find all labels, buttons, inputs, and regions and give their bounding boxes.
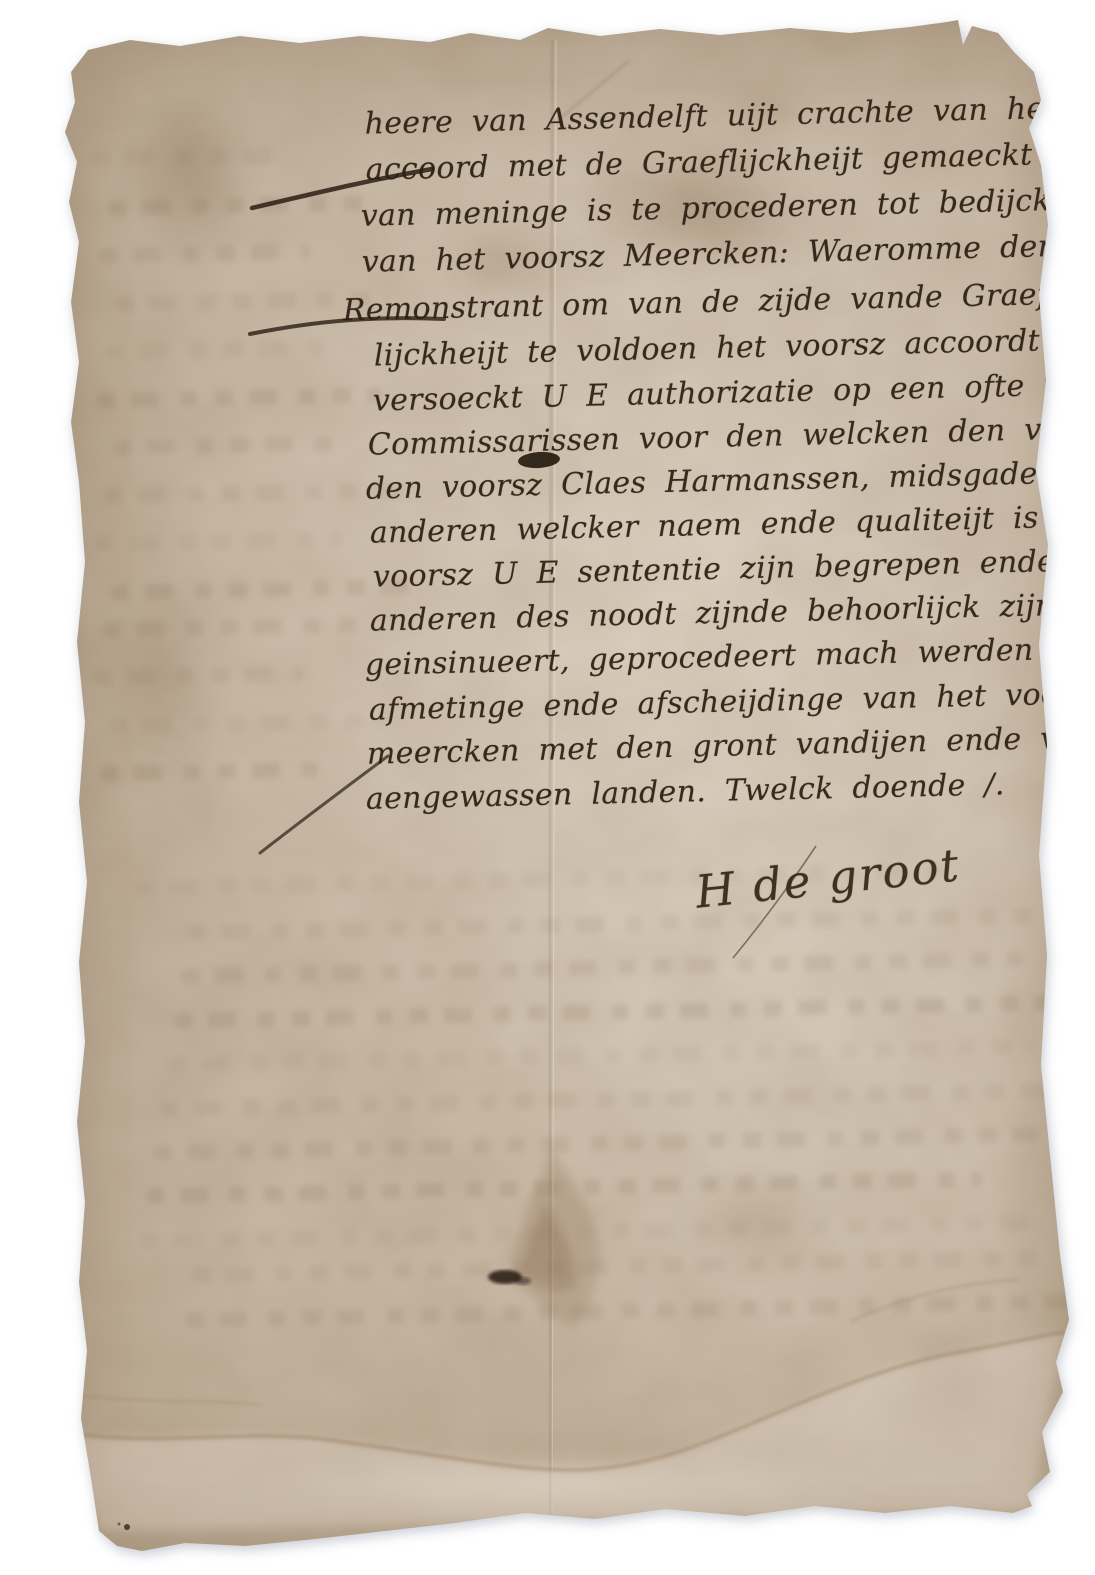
ghost-text-row [146,1171,983,1204]
ghost-text-row [167,1039,1031,1072]
stain [92,55,282,285]
photograph-background: heere van Assendelft uijt crachte van he… [0,0,1095,1575]
manuscript-line: afmetinge ende afscheijdinge van het voo… [369,675,1095,730]
ghost-text-row [99,244,311,263]
manuscript-line: versoeckt U E authorizatie op een ofte m… [373,366,1095,421]
stain [640,1150,860,1290]
ink-speck [124,1524,130,1530]
stain [80,540,240,800]
ghost-text-row [108,195,369,215]
stain [690,55,840,150]
ghost-text-row [97,387,382,408]
pen-flourish [252,169,432,208]
stain [540,110,840,280]
ghost-text-row [153,1127,1039,1161]
manuscript-line: geinsinueert, geprocedeert mach werden t… [365,630,1095,685]
ink-marks [0,0,1095,1575]
pen-flourish [250,318,444,334]
ghost-text-row [95,531,343,551]
fold-crease [549,40,553,1548]
manuscript-line: Commissarissen voor den welcken den voor… [368,410,1095,465]
paper-texture [0,0,1095,1575]
tide-line [62,1332,1064,1470]
manuscript-line: anderen des noodt zijnde behoorlijck zij… [370,586,1093,640]
ghost-text-row [181,951,1023,984]
ghost-text-row [93,666,304,685]
ghost-text-row [100,762,323,782]
manuscript-line: heere van Assendelft uijt crachte van he… [364,90,1057,144]
diagonal-crease [556,60,630,122]
ghost-text-row [185,1293,1095,1327]
manuscript-line: den voorsz Claes Harmanssen, midsgaders … [366,453,1095,509]
manuscript-text-block: heere van Assendelft uijt crachte van he… [350,80,1067,836]
ghost-text-row [188,907,1079,941]
ghost-text-row [135,863,955,895]
ghost-text-row [109,713,381,734]
stain [90,1440,1010,1535]
manuscript-line: aengewassen landen. Twelck doende /. [366,766,1006,818]
ghost-text-row [115,291,388,312]
manuscript-line: Remonstrant om van de zijde vande Graef- [342,276,1058,330]
manuscript-line: meercken met den gront vandijen ende van… [367,718,1095,774]
manuscript-line: van het voorsz Meercken: Waeromme den [361,228,1057,282]
manuscript-line: accoord met de Graeflijckheijt gemaeckt [365,137,1033,190]
ink-blot [488,1270,522,1284]
water-stain [62,1332,1064,1532]
ghost-text-row [113,436,349,456]
manuscript-line: van meninge is te procederen tot bedijck… [360,181,1095,236]
ghost-text-row [160,1082,1095,1117]
manuscript-paper: heere van Assendelft uijt crachte van he… [0,0,1095,1575]
ghost-text-row [104,483,401,504]
signature: H de groot [693,838,963,919]
ghost-text-row [92,148,292,167]
ghost-text-row [106,340,330,360]
stain [420,205,600,315]
ghost-text-row [192,1250,1051,1283]
ink-smear [517,451,560,470]
manuscript-line: lijckheijt te voldoen het voorsz accoord… [373,322,1040,375]
pen-flourish [260,756,388,853]
stain [508,1148,601,1330]
ghost-text-row [174,994,1087,1028]
paper-shadow: heere van Assendelft uijt crachte van he… [0,0,1095,1575]
manuscript-line: anderen welcker naem ende qualiteijt is … [370,498,1095,552]
manuscript-line: voorsz U E sententie zijn begrepen ende … [373,541,1095,596]
ghost-text-row [111,579,420,600]
stain [600,165,860,295]
signature-flourish [733,846,816,958]
ghost-text-row [139,1214,1047,1248]
stain [870,1300,1040,1480]
ghost-text-row [102,617,362,637]
